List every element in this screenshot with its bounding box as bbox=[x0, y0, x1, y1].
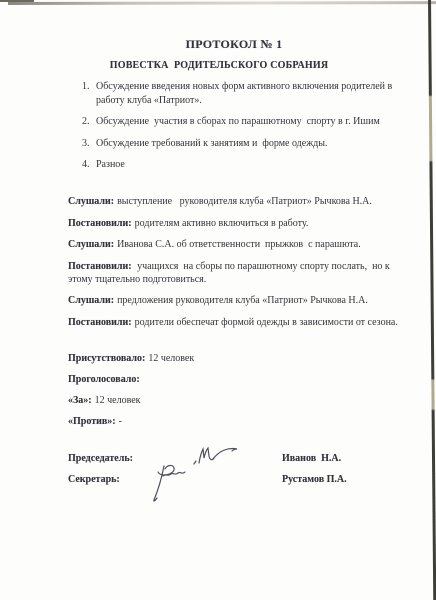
minutes-text: Иванова С.А. об ответственности прыжков … bbox=[117, 239, 361, 250]
minutes-label: Постановили: bbox=[68, 218, 132, 229]
voted-row: Проголосовало: bbox=[68, 373, 401, 386]
minutes-label: Слушали: bbox=[68, 239, 114, 250]
agenda-list: 1. Обсуждение введения новых форм активн… bbox=[82, 80, 401, 180]
present-row: Присутствовало:12 человек bbox=[68, 352, 401, 365]
agenda-item: 1. Обсуждение введения новых форм активн… bbox=[82, 80, 401, 107]
minutes-text: родители обеспечат формой одежды в завис… bbox=[135, 317, 398, 328]
minutes-paragraph: Слушали:предложения руководителя клуба «… bbox=[68, 294, 401, 307]
minutes-section: Слушали:выступление руководителя клуба «… bbox=[68, 195, 401, 337]
present-value: 12 человек bbox=[148, 353, 194, 364]
agenda-item-text: Обсуждение участия в сборах по парашютно… bbox=[96, 115, 380, 129]
minutes-label: Слушали: bbox=[68, 295, 114, 306]
minutes-paragraph: Постановили:родители обеспечат формой од… bbox=[68, 316, 401, 329]
agenda-item: 4. Разное bbox=[82, 158, 401, 172]
scan-edge-right bbox=[428, 0, 436, 600]
voting-section: Присутствовало:12 человек Проголосовало:… bbox=[68, 352, 401, 436]
agenda-item-number: 1. bbox=[82, 80, 96, 107]
minutes-label: Слушали: bbox=[68, 196, 114, 207]
document-subtitle: ПОВЕСТКА РОДИТЕЛЬСКОГО СОБРАНИЯ bbox=[68, 60, 370, 71]
secretary-row: Секретарь:Рустамов П.А. bbox=[68, 473, 401, 486]
chairman-signature bbox=[190, 441, 240, 469]
scan-edge-top bbox=[8, 1, 436, 5]
minutes-paragraph: Слушали:Иванова С.А. об ответственности … bbox=[68, 238, 401, 251]
vote-for-value: 12 человек bbox=[95, 395, 141, 406]
agenda-item-text: Обсуждение введения новых форм активного… bbox=[96, 80, 401, 107]
minutes-text: предложения руководителя клуба «Патриот»… bbox=[117, 295, 368, 306]
agenda-item-number: 3. bbox=[82, 137, 96, 151]
agenda-item-number: 2. bbox=[82, 115, 96, 129]
minutes-paragraph: Слушали:выступление руководителя клуба «… bbox=[68, 195, 401, 208]
vote-against-value: - bbox=[119, 416, 122, 427]
minutes-paragraph: Постановили: учащихся на сборы по парашю… bbox=[68, 260, 401, 286]
vote-for-label: «За»: bbox=[68, 395, 92, 406]
document-title: ПРОТОКОЛ № 1 bbox=[68, 37, 400, 52]
minutes-paragraph: Постановили:родителям активно включиться… bbox=[68, 217, 401, 230]
secretary-name: Рустамов П.А. bbox=[282, 473, 347, 486]
agenda-item: 2. Обсуждение участия в сборах по парашю… bbox=[82, 115, 401, 129]
minutes-label: Постановили: bbox=[68, 261, 132, 272]
minutes-text: выступление руководителя клуба «Патриот»… bbox=[117, 196, 372, 207]
agenda-item-text: Разное bbox=[96, 158, 125, 172]
chairman-name: Иванов Н.А. bbox=[282, 452, 341, 465]
vote-for-row: «За»:12 человек bbox=[68, 394, 401, 407]
minutes-label: Постановили: bbox=[68, 317, 132, 328]
agenda-item-number: 4. bbox=[82, 158, 96, 172]
present-label: Присутствовало: bbox=[68, 353, 145, 364]
vote-against-label: «Против»: bbox=[68, 416, 116, 427]
secretary-signature bbox=[150, 462, 196, 506]
voted-label: Проголосовало: bbox=[68, 374, 140, 385]
vote-against-row: «Против»:- bbox=[68, 415, 401, 428]
agenda-item: 3. Обсуждение требований к занятиям и фо… bbox=[82, 137, 401, 151]
agenda-item-text: Обсуждение требований к занятиям и форме… bbox=[96, 137, 327, 151]
minutes-text: родителям активно включиться в работу. bbox=[135, 218, 309, 229]
